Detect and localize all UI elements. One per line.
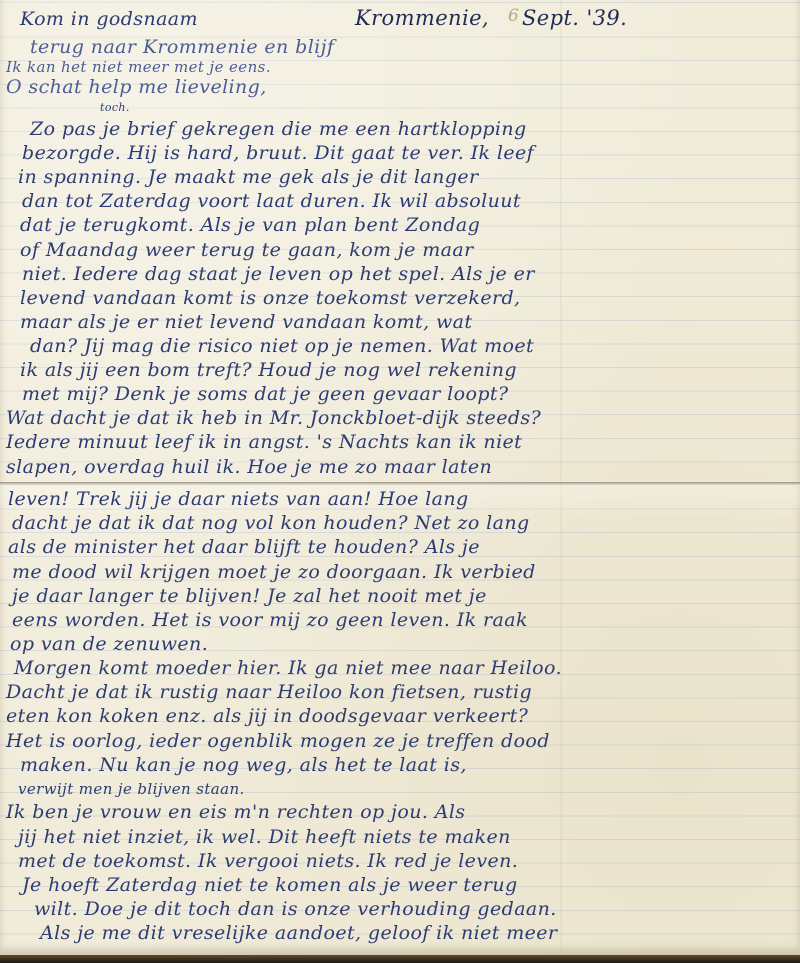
- letter-line: eens worden. Het is voor mij zo geen lev…: [12, 609, 528, 631]
- letter-line: als de minister het daar blijft te houde…: [8, 536, 480, 558]
- letter-line: wilt. Doe je dit toch dan is onze verhou…: [34, 898, 557, 920]
- letter-line: Wat dacht je dat ik heb in Mr. Jonckbloe…: [6, 407, 541, 429]
- letter-line: niet. Iedere dag staat je leven op het s…: [22, 263, 535, 285]
- letter-date: Sept. '39.: [522, 6, 627, 30]
- letter-line: ik als jij een bom treft? Houd je nog we…: [20, 359, 517, 381]
- letter-line: Zo pas je brief gekregen die me een hart…: [30, 118, 527, 140]
- letter-line: eten kon koken enz. als jij in doodsgeva…: [6, 705, 528, 727]
- letter-date-day: 6: [508, 6, 519, 26]
- letter-page: Kom in godsnaam Krommenie, 6 Sept. '39. …: [0, 0, 800, 955]
- letter-line: maar als je er niet levend vandaan komt,…: [20, 311, 472, 333]
- letter-line: je daar langer te blijven! Je zal het no…: [12, 585, 487, 607]
- letter-line: met mij? Denk je soms dat je geen gevaar…: [22, 383, 509, 405]
- letter-line: bezorgde. Hij is hard, bruut. Dit gaat t…: [22, 142, 534, 164]
- letter-line: verwijt men je blijven staan.: [18, 780, 245, 798]
- letter-line: Dacht je dat ik rustig naar Heiloo kon f…: [6, 681, 532, 703]
- margin-note: terug naar Krommenie en blijf: [30, 36, 334, 58]
- letter-line: leven! Trek jij je daar niets van aan! H…: [8, 488, 469, 510]
- margin-note: Kom in godsnaam: [20, 8, 198, 30]
- letter-place: Krommenie,: [355, 6, 489, 30]
- page-bottom-edge: [0, 955, 800, 963]
- letter-line: me dood wil krijgen moet je zo doorgaan.…: [12, 561, 536, 583]
- paper-crease: [560, 0, 562, 955]
- letter-line: maken. Nu kan je nog weg, als het te laa…: [20, 754, 467, 776]
- letter-line: jij het niet inziet, ik wel. Dit heeft n…: [18, 826, 511, 848]
- letter-line: Het is oorlog, ieder ogenblik mogen ze j…: [6, 730, 550, 752]
- letter-line: Je hoeft Zaterdag niet te komen als je w…: [22, 874, 518, 896]
- letter-line: dan tot Zaterdag voort laat duren. Ik wi…: [22, 190, 521, 212]
- letter-line: levend vandaan komt is onze toekomst ver…: [20, 287, 520, 309]
- letter-line: Iedere minuut leef ik in angst. 's Nacht…: [6, 431, 522, 453]
- letter-line: in spanning. Je maakt me gek als je dit …: [18, 166, 478, 188]
- letter-line: dan? Jij mag die risico niet op je nemen…: [30, 335, 534, 357]
- letter-line: dacht je dat ik dat nog vol kon houden? …: [12, 512, 530, 534]
- margin-note: O schat help me lieveling,: [6, 76, 267, 98]
- letter-line: op van de zenuwen.: [10, 633, 208, 655]
- letter-line: dat je terugkomt. Als je van plan bent Z…: [20, 214, 480, 236]
- letter-line: Morgen komt moeder hier. Ik ga niet mee …: [14, 657, 562, 679]
- letter-line: of Maandag weer terug te gaan, kom je ma…: [20, 239, 474, 261]
- letter-line: met de toekomst. Ik vergooi niets. Ik re…: [18, 850, 518, 872]
- margin-note: toch.: [100, 101, 130, 114]
- letter-line: Als je me dit vreselijke aandoet, geloof…: [40, 922, 557, 944]
- margin-note: Ik kan het niet meer met je eens.: [6, 58, 271, 76]
- letter-line: slapen, overdag huil ik. Hoe je me zo ma…: [6, 456, 492, 478]
- letter-line: Ik ben je vrouw en eis m'n rechten op jo…: [6, 801, 465, 823]
